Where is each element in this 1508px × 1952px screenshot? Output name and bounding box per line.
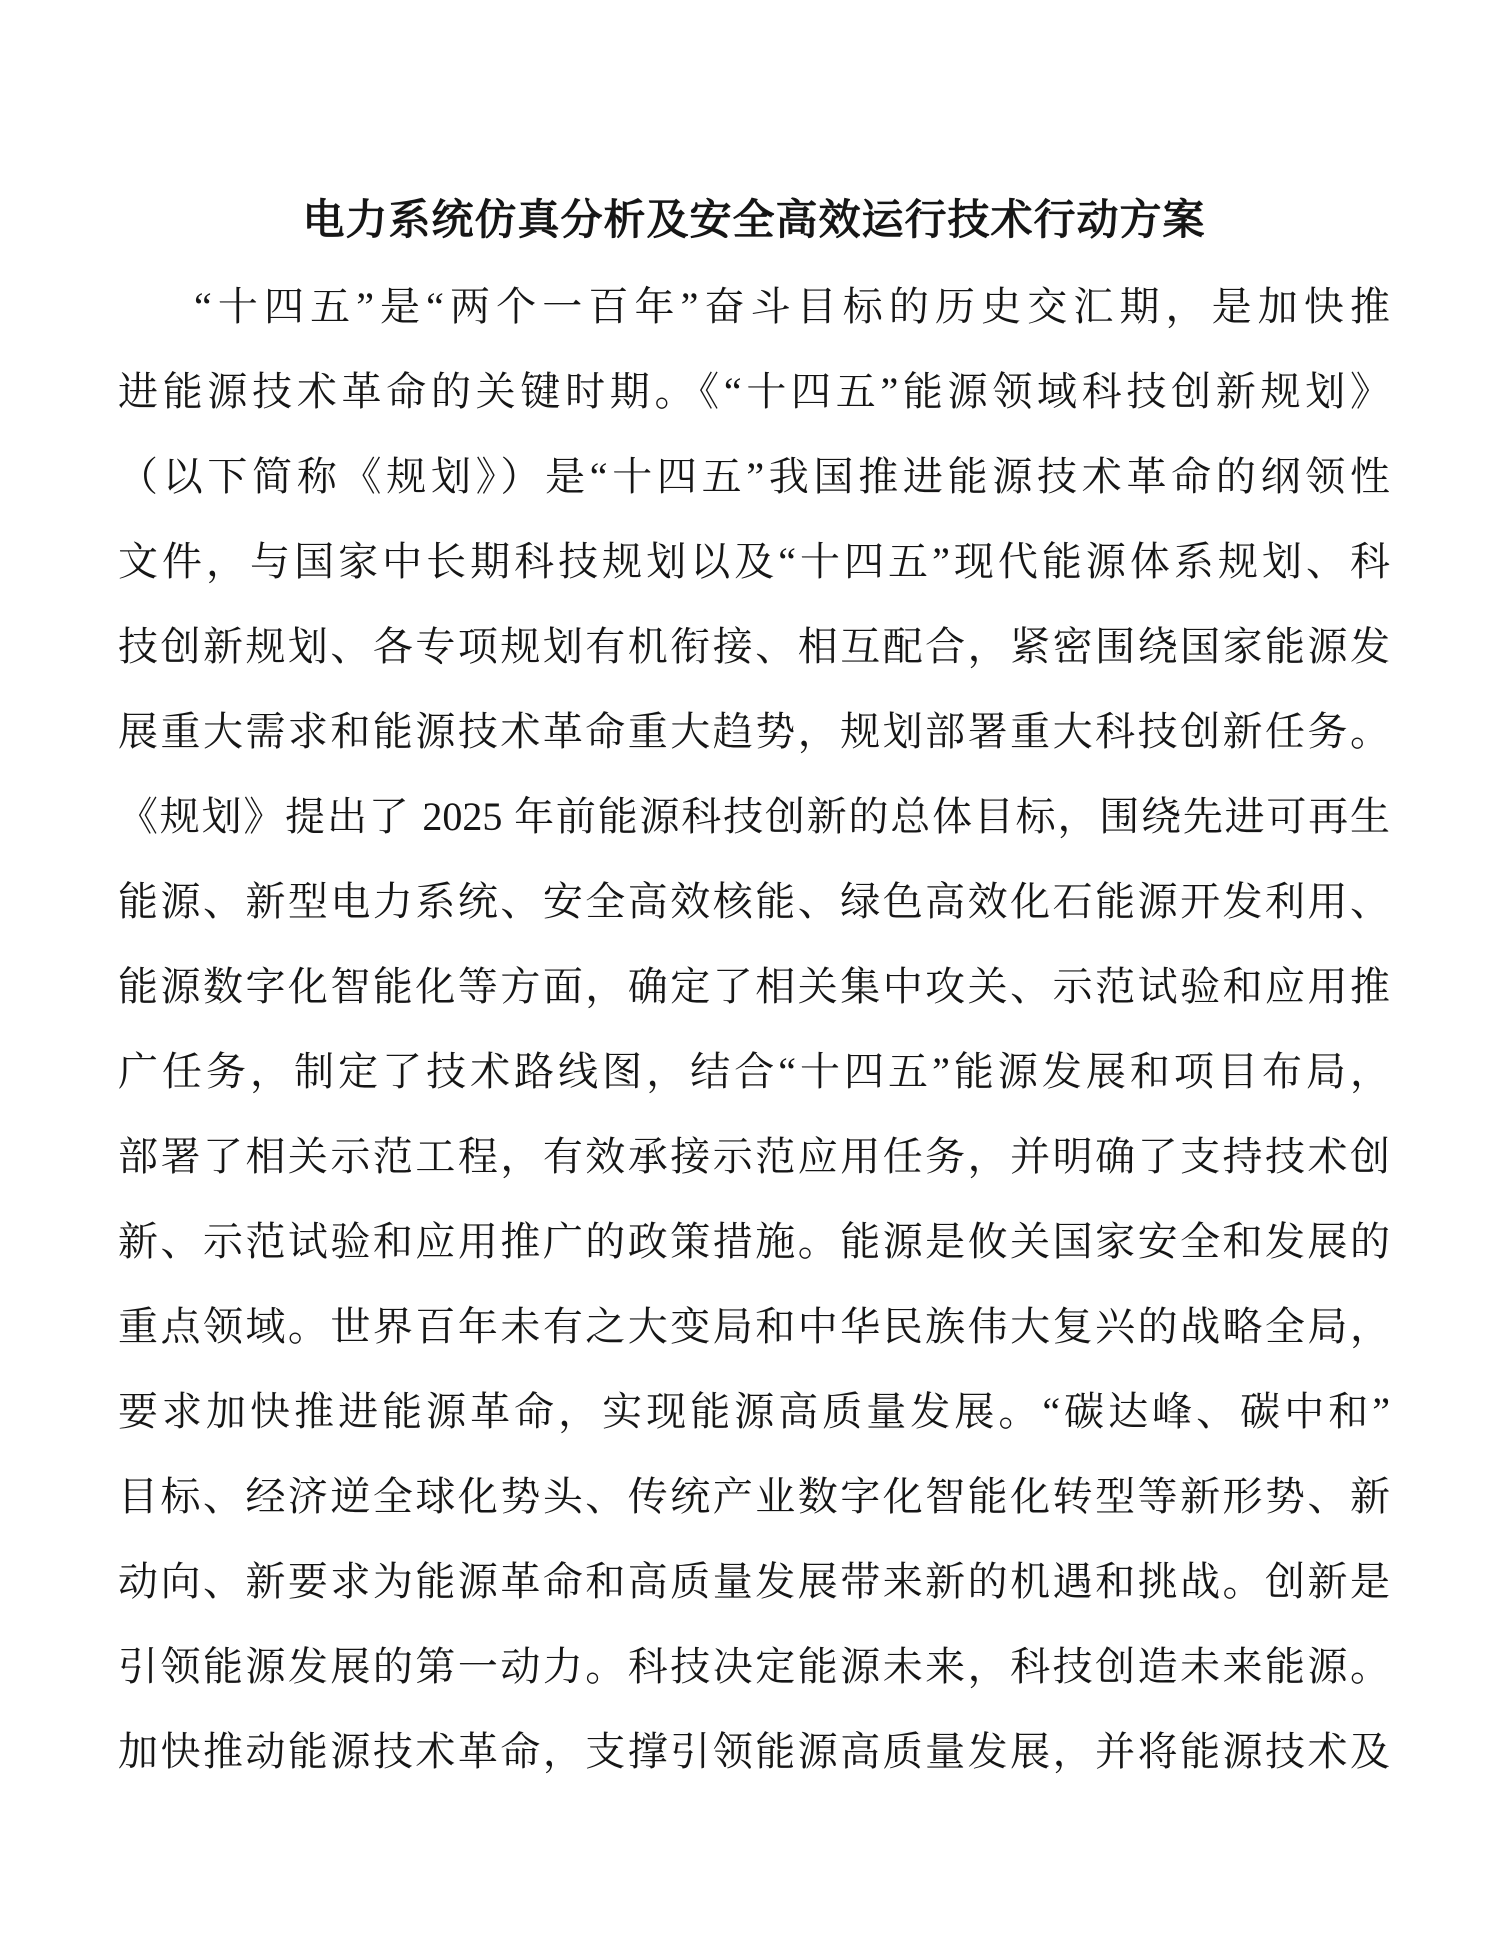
- document-content: 电力系统仿真分析及安全高效运行技术行动方案 “十四五”是“两个一百年”奋斗目标的…: [0, 0, 1508, 1794]
- paragraph-line: 进能源技术革命的关键时期。《“十四五”能源领域科技创新规划》: [118, 349, 1390, 434]
- paragraph-line: 要求加快推进能源革命，实现能源高质量发展。“碳达峰、碳中和”: [118, 1369, 1390, 1454]
- paragraph-line: 引领能源发展的第一动力。科技决定能源未来，科技创造未来能源。: [118, 1624, 1390, 1709]
- paragraph-line: 展重大需求和能源技术革命重大趋势，规划部署重大科技创新任务。: [118, 689, 1390, 774]
- paragraph-line: 技创新规划、各专项规划有机衔接、相互配合，紧密围绕国家能源发: [118, 604, 1390, 689]
- paragraph-line: 重点领域。世界百年未有之大变局和中华民族伟大复兴的战略全局，: [118, 1284, 1390, 1369]
- paragraph-line: 部署了相关示范工程，有效承接示范应用任务，并明确了支持技术创: [118, 1114, 1390, 1199]
- paragraph-line: 广任务，制定了技术路线图，结合“十四五”能源发展和项目布局，: [118, 1029, 1390, 1114]
- paragraph-line: 目标、经济逆全球化势头、传统产业数字化智能化转型等新形势、新: [118, 1454, 1390, 1539]
- document-page: 电力系统仿真分析及安全高效运行技术行动方案 “十四五”是“两个一百年”奋斗目标的…: [0, 0, 1508, 1952]
- document-title: 电力系统仿真分析及安全高效运行技术行动方案: [118, 178, 1390, 264]
- paragraph-line: 《规划》提出了 2025 年前能源科技创新的总体目标，围绕先进可再生: [118, 774, 1390, 859]
- paragraph-line: 文件，与国家中长期科技规划以及“十四五”现代能源体系规划、科: [118, 519, 1390, 604]
- paragraph-line: 动向、新要求为能源革命和高质量发展带来新的机遇和挑战。创新是: [118, 1539, 1390, 1624]
- paragraph-line: 加快推动能源技术革命，支撑引领能源高质量发展，并将能源技术及: [118, 1709, 1390, 1794]
- paragraph-line: 能源、新型电力系统、安全高效核能、绿色高效化石能源开发利用、: [118, 859, 1390, 944]
- paragraph-line: （以下简称《规划》）是“十四五”我国推进能源技术革命的纲领性: [118, 434, 1390, 519]
- paragraph-line: 能源数字化智能化等方面，确定了相关集中攻关、示范试验和应用推: [118, 944, 1390, 1029]
- paragraph-line: 新、示范试验和应用推广的政策措施。能源是攸关国家安全和发展的: [118, 1199, 1390, 1284]
- paragraph-line: “十四五”是“两个一百年”奋斗目标的历史交汇期，是加快推: [118, 264, 1390, 349]
- body-paragraph: “十四五”是“两个一百年”奋斗目标的历史交汇期，是加快推 进能源技术革命的关键时…: [118, 264, 1390, 1794]
